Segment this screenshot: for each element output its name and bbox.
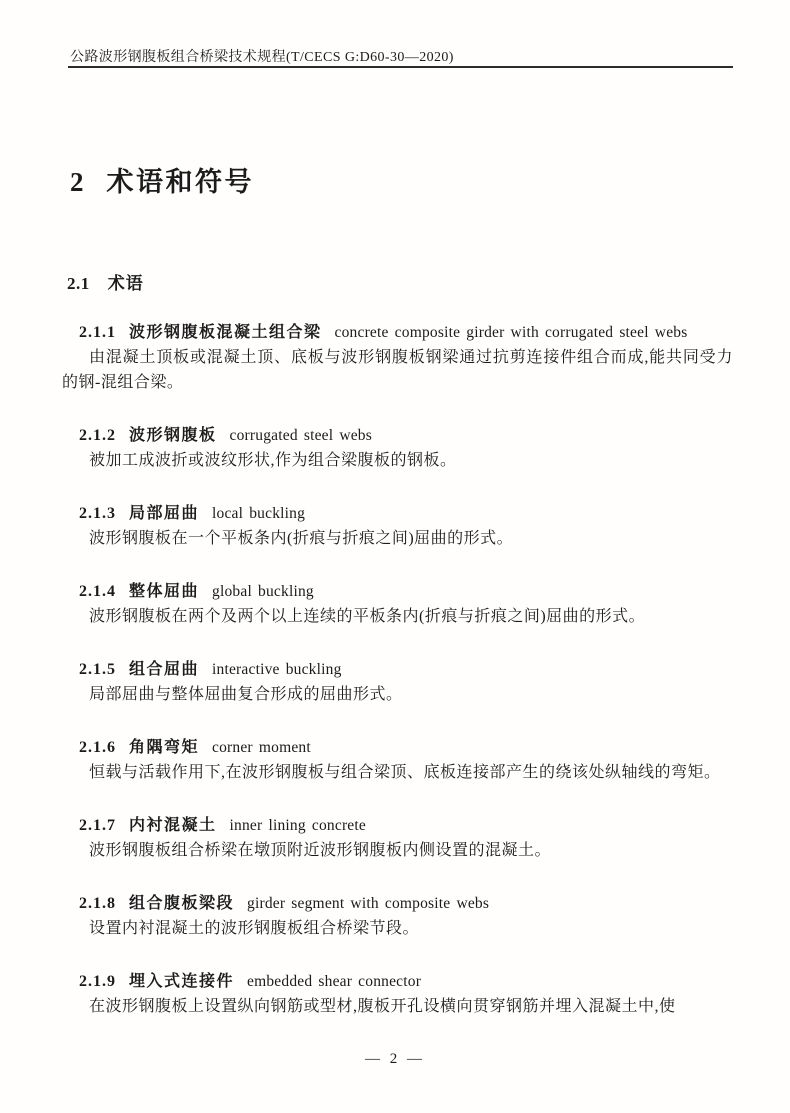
term-definition: 波形钢腹板在一个平板条内(折痕与折痕之间)屈曲的形式。 [62, 526, 733, 551]
term-name-en: corner moment [212, 739, 311, 756]
chapter-title-text: 术语和符号 [107, 167, 255, 197]
term-name-zh: 波形钢腹板 [129, 427, 217, 444]
term-name-en: girder segment with composite webs [247, 895, 489, 912]
term-number: 2.1.5 [79, 661, 116, 678]
term-item: 2.1.2波形钢腹板corrugated steel webs 被加工成波折或波… [62, 423, 733, 473]
term-name-en: global buckling [212, 583, 314, 600]
term-heading: 2.1.9埋入式连接件embedded shear connector [62, 969, 733, 994]
section-number: 2.1 [67, 274, 90, 293]
term-number: 2.1.6 [79, 739, 116, 756]
term-number: 2.1.9 [79, 973, 116, 990]
header-rule [68, 66, 733, 68]
term-name-zh: 组合腹板梁段 [129, 895, 234, 912]
term-name-zh: 局部屈曲 [129, 505, 199, 522]
term-name-en: interactive buckling [212, 661, 342, 678]
chapter-title: 2术语和符号 [70, 160, 254, 199]
section-heading: 2.1术语 [67, 269, 144, 294]
term-name-zh: 埋入式连接件 [129, 973, 234, 990]
term-name-en: inner lining concrete [230, 817, 366, 834]
term-definition: 在波形钢腹板上设置纵向钢筋或型材,腹板开孔设横向贯穿钢筋并埋入混凝土中,使 [62, 994, 733, 1019]
term-name-zh: 角隅弯矩 [129, 739, 199, 756]
chapter-number: 2 [70, 167, 84, 197]
term-heading: 2.1.8组合腹板梁段girder segment with composite… [62, 891, 733, 916]
term-heading: 2.1.2波形钢腹板corrugated steel webs [62, 423, 733, 448]
term-heading: 2.1.4整体屈曲global buckling [62, 579, 733, 604]
term-item: 2.1.9埋入式连接件embedded shear connector 在波形钢… [62, 969, 733, 1019]
term-name-zh: 组合屈曲 [129, 661, 199, 678]
term-heading: 2.1.3局部屈曲local buckling [62, 501, 733, 526]
term-item: 2.1.1波形钢腹板混凝土组合梁concrete composite girde… [62, 320, 733, 395]
term-heading: 2.1.5组合屈曲interactive buckling [62, 657, 733, 682]
section-title-text: 术语 [108, 274, 144, 293]
term-definition: 恒载与活载作用下,在波形钢腹板与组合梁顶、底板连接部产生的绕该处纵轴线的弯矩。 [62, 760, 733, 785]
term-definition: 波形钢腹板在两个及两个以上连续的平板条内(折痕与折痕之间)屈曲的形式。 [62, 604, 733, 629]
term-definition: 由混凝土顶板或混凝土顶、底板与波形钢腹板钢梁通过抗剪连接件组合而成,能共同受力的… [62, 345, 733, 395]
term-definition: 设置内衬混凝土的波形钢腹板组合桥梁节段。 [62, 916, 733, 941]
term-name-zh: 整体屈曲 [129, 583, 199, 600]
term-number: 2.1.8 [79, 895, 116, 912]
term-item: 2.1.5组合屈曲interactive buckling 局部屈曲与整体屈曲复… [62, 657, 733, 707]
term-item: 2.1.3局部屈曲local buckling 波形钢腹板在一个平板条内(折痕与… [62, 501, 733, 551]
term-name-zh: 波形钢腹板混凝土组合梁 [129, 324, 322, 341]
term-item: 2.1.7内衬混凝土inner lining concrete 波形钢腹板组合桥… [62, 813, 733, 863]
term-number: 2.1.4 [79, 583, 116, 600]
term-definition: 波形钢腹板组合桥梁在墩顶附近波形钢腹板内侧设置的混凝土。 [62, 838, 733, 863]
terms-list: 2.1.1波形钢腹板混凝土组合梁concrete composite girde… [62, 320, 733, 1047]
term-name-en: local buckling [212, 505, 305, 522]
page-number: — 2 — [0, 1051, 790, 1068]
term-number: 2.1.3 [79, 505, 116, 522]
running-header: 公路波形钢腹板组合桥梁技术规程(T/CECS G:D60-30—2020) [70, 46, 454, 66]
term-number: 2.1.2 [79, 427, 116, 444]
term-heading: 2.1.1波形钢腹板混凝土组合梁concrete composite girde… [62, 320, 733, 345]
term-item: 2.1.6角隅弯矩corner moment 恒载与活载作用下,在波形钢腹板与组… [62, 735, 733, 785]
term-number: 2.1.1 [79, 324, 116, 341]
term-definition: 局部屈曲与整体屈曲复合形成的屈曲形式。 [62, 682, 733, 707]
term-heading: 2.1.6角隅弯矩corner moment [62, 735, 733, 760]
document-page: 公路波形钢腹板组合桥梁技术规程(T/CECS G:D60-30—2020) 2术… [0, 0, 790, 1113]
term-item: 2.1.4整体屈曲global buckling 波形钢腹板在两个及两个以上连续… [62, 579, 733, 629]
term-number: 2.1.7 [79, 817, 116, 834]
term-name-zh: 内衬混凝土 [129, 817, 217, 834]
term-item: 2.1.8组合腹板梁段girder segment with composite… [62, 891, 733, 941]
term-heading: 2.1.7内衬混凝土inner lining concrete [62, 813, 733, 838]
term-name-en: corrugated steel webs [230, 427, 372, 444]
term-definition: 被加工成波折或波纹形状,作为组合梁腹板的钢板。 [62, 448, 733, 473]
term-name-en: concrete composite girder with corrugate… [335, 324, 688, 341]
term-name-en: embedded shear connector [247, 973, 421, 990]
